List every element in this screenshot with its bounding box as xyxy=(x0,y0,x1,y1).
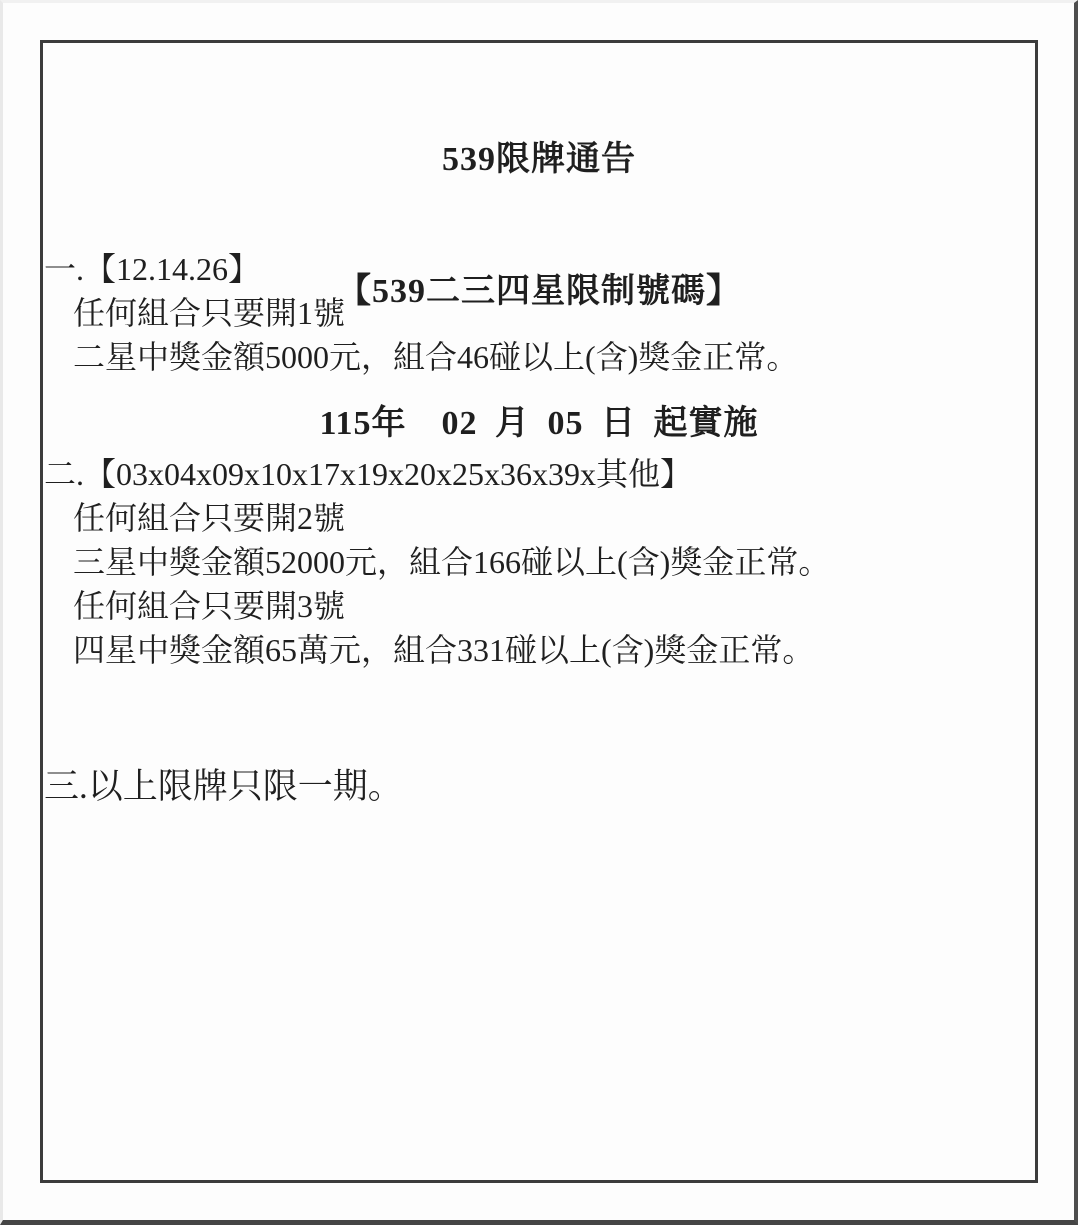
section-two-rule-line-1: 任何組合只要開2號 xyxy=(43,496,1035,540)
section-three-header: 三.以上限牌只限一期。 xyxy=(43,765,1035,809)
section-one-rule-line: 任何組合只要開1號 xyxy=(43,291,1035,335)
section-three: 三.以上限牌只限一期。 xyxy=(43,765,1035,809)
section-one-prize-line: 二星中獎金額5000元，組合46碰以上(含)獎金正常。 xyxy=(43,335,1035,379)
section-three-number: 三. xyxy=(44,767,88,806)
section-one: 一.【12.14.26】 任何組合只要開1號 二星中獎金額5000元，組合46碰… xyxy=(43,247,1035,379)
section-one-header: 一.【12.14.26】 xyxy=(43,247,1035,291)
section-two-number: 二. xyxy=(44,456,84,492)
section-two-restricted-numbers: 【03x04x09x10x17x19x20x25x36x39x其他】 xyxy=(84,456,692,492)
section-two: 二.【03x04x09x10x17x19x20x25x36x39x其他】 任何組… xyxy=(43,452,1035,672)
section-two-prize-line-1: 三星中獎金額52000元，組合166碰以上(含)獎金正常。 xyxy=(43,540,1035,584)
notice-border-box: 539限牌通告 【539二三四星限制號碼】 115年 02 月 05 日 起實施… xyxy=(40,40,1038,1183)
notice-effective-date: 115年 02 月 05 日 起實施 xyxy=(43,402,1035,446)
section-two-prize-line-2: 四星中獎金額65萬元，組合331碰以上(含)獎金正常。 xyxy=(43,628,1035,672)
notice-title: 539限牌通告 xyxy=(43,138,1035,182)
notice-photo: 539限牌通告 【539二三四星限制號碼】 115年 02 月 05 日 起實施… xyxy=(0,0,1078,1225)
section-two-rule-line-2: 任何組合只要開3號 xyxy=(43,584,1035,628)
section-two-header: 二.【03x04x09x10x17x19x20x25x36x39x其他】 xyxy=(43,452,1035,496)
section-three-note: 以上限牌只限一期。 xyxy=(88,767,403,806)
section-one-restricted-numbers: 【12.14.26】 xyxy=(84,251,260,287)
section-one-number: 一. xyxy=(44,251,84,287)
